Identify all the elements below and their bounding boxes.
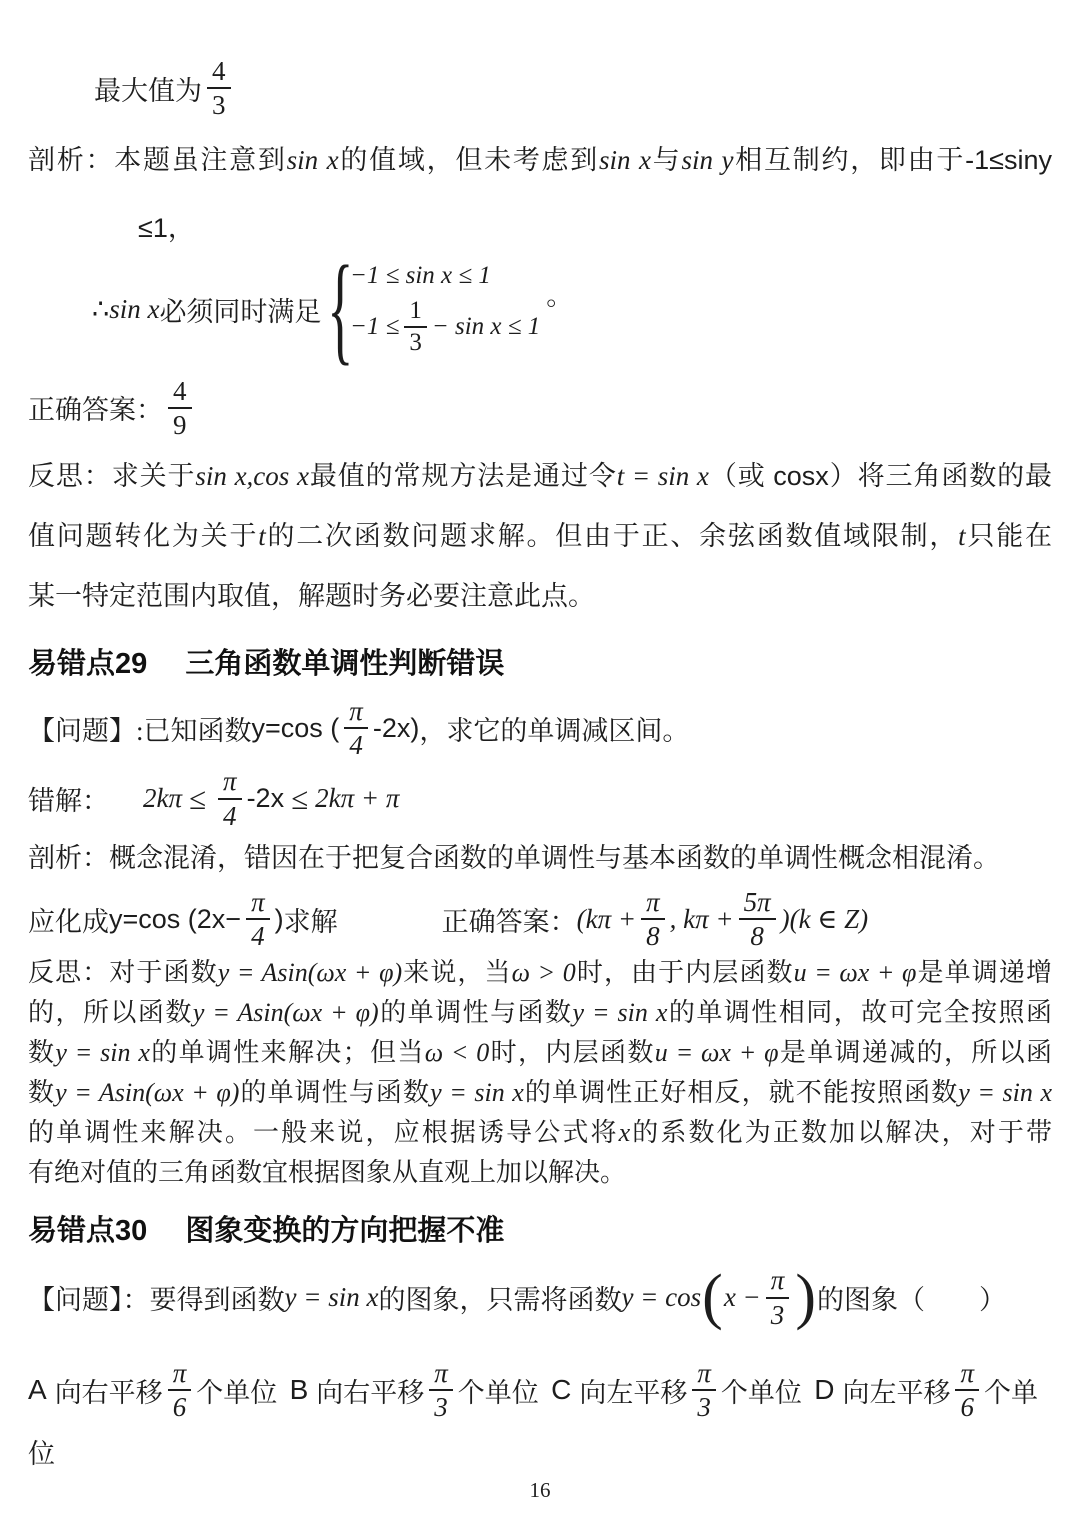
text-run: 【问题】:已知函数 — [28, 709, 252, 748]
math-run: -1≤siny — [965, 145, 1052, 175]
max-value-line: 最大值为 4 3 — [94, 56, 1052, 120]
math-run: y = Asin(ωx + φ) — [218, 958, 402, 987]
text-run: 某一特定范围内取值，解题时务必要注意此点。 — [28, 581, 595, 611]
text-run: 应化成 — [28, 900, 109, 939]
section-heading-29: 易错点29 三角函数单调性判断错误 — [28, 644, 1052, 684]
fraction-denominator: 6 — [173, 1391, 187, 1422]
cases-group: { −1 ≤ sin x ≤ 1 −1 ≤ 1 3 − sin x ≤ 1 — [329, 259, 540, 359]
math-run: y = sin x — [573, 998, 668, 1027]
text-run: 的单调性与函数 — [379, 998, 573, 1027]
fraction-denominator: 3 — [409, 328, 422, 357]
fraction-denominator: 3 — [434, 1391, 448, 1422]
math-run: sin x,cos x — [195, 461, 309, 491]
text-run: 只能在 — [966, 521, 1052, 551]
text-run: 位 — [28, 1439, 55, 1469]
text-run: 相互制约，即由于 — [734, 145, 966, 175]
condition-2: −1 ≤ 1 3 − sin x ≤ 1 — [350, 297, 540, 357]
math-run: t — [958, 521, 966, 551]
heading-label: 易错点29 — [28, 648, 147, 680]
text-run: 最大值为 — [94, 69, 202, 108]
fraction-denominator: 8 — [646, 920, 660, 951]
fraction: π 4 — [344, 696, 368, 760]
text-run: 最值的常规方法是通过令 — [309, 461, 617, 491]
math-run: x — [619, 1118, 631, 1147]
text-run: 个单位 — [721, 1371, 802, 1410]
option-label: B — [290, 1374, 309, 1406]
math-run: y = sin x — [430, 1078, 524, 1107]
math-run: u = ωx + φ — [794, 958, 917, 987]
math-run: (kπ + — [577, 904, 636, 935]
fraction-numerator: π — [429, 1358, 453, 1391]
heading-title: 图象变换的方向把握不准 — [185, 1215, 504, 1247]
analysis-paragraph-1: 剖析：本题虽注意到sin x的值域，但未考虑到sin x与sin y相互制约，即… — [28, 140, 1052, 180]
fraction-denominator: 3 — [212, 89, 226, 120]
fraction-numerator: π — [344, 696, 368, 729]
fraction-numerator: 4 — [207, 56, 231, 89]
text-run: 反思：求关于 — [28, 461, 195, 491]
paragraph-line: 某一特定范围内取值，解题时务必要注意此点。 — [28, 566, 1052, 626]
math-run: )(k ∈ Z) — [781, 904, 868, 935]
text-run: 个单位 — [458, 1371, 539, 1410]
paragraph-line: 的单调性来解决。一般来说，应根据诱导公式将x的系数化为正数加以解决，对于带 — [28, 1113, 1052, 1153]
fraction: 4 3 — [207, 56, 231, 120]
math-run: sin x — [109, 294, 159, 325]
option-b: B 向右平移 π 3 个单位 — [290, 1358, 539, 1422]
cases-conditions: −1 ≤ sin x ≤ 1 −1 ≤ 1 3 − sin x ≤ 1 — [350, 262, 540, 357]
cases-formula-line: ∴ sin x 必须同时满足 { −1 ≤ sin x ≤ 1 −1 ≤ 1 3… — [92, 259, 1052, 359]
section-heading-30: 易错点30 图象变换的方向把握不准 — [28, 1211, 1052, 1251]
paragraph-line: 反思：对于函数y = Asin(ωx + φ)来说，当ω > 0时，由于内层函数… — [28, 953, 1052, 993]
text-run: 是单调递增 — [916, 958, 1052, 987]
big-paren-right: ) — [795, 1270, 816, 1326]
text-run: 向左平移 — [842, 1371, 950, 1410]
fraction-numerator: π — [641, 887, 665, 920]
text-run: 的，所以函数 — [28, 998, 193, 1027]
text-run: 的单调性来解决。一般来说，应根据诱导公式将 — [28, 1118, 619, 1147]
text-run: 错解： — [28, 779, 109, 818]
text-run: 正确答案： — [442, 900, 577, 939]
fraction-numerator: π — [218, 766, 242, 799]
fraction: π 4 — [246, 887, 270, 951]
fraction: π 6 — [168, 1358, 192, 1422]
math-run: y = Asin(ωx + φ) — [193, 998, 379, 1027]
fraction: π 4 — [218, 766, 242, 830]
text-run: ≤1， — [138, 213, 195, 243]
fraction: 5π 8 — [739, 887, 776, 951]
reflection-paragraph-2: 反思：对于函数y = Asin(ωx + φ)来说，当ω > 0时，由于内层函数… — [28, 953, 1052, 1193]
math-run: y=cos (2x− — [109, 904, 241, 935]
fraction-denominator: 4 — [223, 800, 237, 831]
fraction-denominator: 3 — [771, 1299, 785, 1330]
fraction-denominator: 3 — [697, 1391, 711, 1422]
text-run: 向左平移 — [579, 1371, 687, 1410]
cases-brace: { — [328, 259, 354, 359]
text-run: 来说，当 — [402, 958, 512, 987]
text-run: 的单调性来解决；但当 — [150, 1038, 425, 1067]
therefore-symbol: ∴ — [92, 294, 109, 325]
option-label: A — [28, 1374, 47, 1406]
problem-line-30: 【问题】：要得到函数 y = sin x 的图象，只需将函数 y = cos (… — [28, 1265, 1052, 1329]
reflection-paragraph-1: 反思：求关于sin x,cos x最值的常规方法是通过令t = sin x（或 … — [28, 446, 1052, 626]
text-run: 个单 — [984, 1371, 1038, 1410]
leq-symbol: ≤ — [291, 781, 308, 817]
math-run: u = ωx + φ — [655, 1038, 779, 1067]
text-run: 剖析：本题虽注意到 — [28, 145, 287, 175]
math-run: t = sin x — [617, 461, 709, 491]
text-run: 反思：对于函数 — [28, 958, 218, 987]
text-run: 求解 — [284, 900, 338, 939]
page-number: 16 — [0, 1478, 1080, 1503]
text-run: 的图象（ ） — [817, 1278, 1006, 1317]
wrong-solution-line: 错解： 2kπ ≤ π 4 -2x ≤ 2kπ + π — [28, 766, 1052, 830]
options-row: A 向右平移 π 6 个单位 B 向右平移 π 3 个单位 C 向左平移 π 3… — [28, 1358, 1052, 1422]
text-run: 向右平移 — [316, 1371, 424, 1410]
math-run: ω < 0 — [425, 1038, 490, 1067]
option-d: D 向左平移 π 6 个单 — [814, 1358, 1038, 1422]
text-run: ）将三角函数的最 — [829, 461, 1052, 491]
fraction: π 6 — [955, 1358, 979, 1422]
analysis-paragraph-2: 剖析：概念混淆，错因在于把复合函数的单调性与基本函数的单调性概念相混淆。 — [28, 839, 1052, 877]
math-run: sin x — [599, 145, 651, 175]
text-run: 向右平移 — [55, 1371, 163, 1410]
text-run: 【问题】：要得到函数 — [28, 1278, 285, 1317]
text-run: 的单调性正好相反，就不能按照函数 — [524, 1078, 958, 1107]
text-run: （或 — [709, 461, 773, 491]
fraction: 1 3 — [404, 297, 427, 357]
option-label: C — [551, 1374, 571, 1406]
option-a: A 向右平移 π 6 个单位 — [28, 1358, 277, 1422]
correct-answer-line-1: 正确答案： 4 9 — [28, 376, 1052, 440]
fraction-denominator: 4 — [349, 729, 363, 760]
math-run: t — [258, 521, 266, 551]
fraction-numerator: 4 — [168, 376, 192, 409]
math-run: ω > 0 — [512, 958, 576, 987]
text-run: 值问题转化为关于 — [28, 521, 258, 551]
fraction: π 3 — [692, 1358, 716, 1422]
correct-answer-line-2: 应化成 y=cos (2x− π 4 ) 求解 正确答案： (kπ + π 8 … — [28, 887, 1052, 951]
heading-title: 三角函数单调性判断错误 — [185, 648, 504, 680]
paragraph-line: 数y = Asin(ωx + φ)的单调性与函数y = sin x的单调性正好相… — [28, 1073, 1052, 1113]
text-run: 的单调性相同，故可完全按照函 — [667, 998, 1052, 1027]
paragraph-line: 数y = sin x的单调性来解决；但当ω < 0时，内层函数u = ωx + … — [28, 1033, 1052, 1073]
option-d-wrap-line: 位 — [28, 1432, 1052, 1471]
math-run: y = Asin(ωx + φ) — [55, 1078, 239, 1107]
text-run: 是单调递减的，所以函 — [779, 1038, 1052, 1067]
text-run: 的图象，只需将函数 — [378, 1278, 621, 1317]
fraction-numerator: π — [246, 887, 270, 920]
text-run: 有绝对值的三角函数宜根据图象从直观上加以解决。 — [28, 1158, 626, 1187]
text-run: 数 — [28, 1078, 55, 1107]
condition-1: −1 ≤ sin x ≤ 1 — [350, 262, 540, 290]
big-paren-left: ( — [702, 1270, 723, 1326]
option-c: C 向左平移 π 3 个单位 — [551, 1358, 802, 1422]
math-run: y = sin x — [958, 1078, 1052, 1107]
text-run: 数 — [28, 1038, 55, 1067]
fraction-numerator: π — [692, 1358, 716, 1391]
math-run: −1 ≤ — [350, 313, 399, 341]
problem-line-29: 【问题】:已知函数 y=cos ( π 4 -2x) ，求它的单调减区间。 — [28, 696, 1052, 760]
paragraph-line: 有绝对值的三角函数宜根据图象从直观上加以解决。 — [28, 1153, 1052, 1193]
fraction-numerator: π — [955, 1358, 979, 1391]
paragraph-line: 反思：求关于sin x,cos x最值的常规方法是通过令t = sin x（或 … — [28, 446, 1052, 506]
leq-symbol: ≤ — [189, 781, 206, 817]
math-run: 2kπ — [143, 783, 182, 814]
fraction-denominator: 9 — [173, 409, 187, 440]
math-run: y = cos — [621, 1282, 701, 1313]
heading-label: 易错点30 — [28, 1215, 147, 1247]
math-run: y = sin x — [55, 1038, 150, 1067]
sentence-period: 。 — [546, 274, 573, 313]
fraction-denominator: 8 — [750, 920, 764, 951]
text-run: 必须同时满足 — [159, 290, 321, 329]
option-label: D — [814, 1374, 834, 1406]
fraction-numerator: 1 — [404, 297, 427, 328]
fraction-numerator: π — [168, 1358, 192, 1391]
document-page: 最大值为 4 3 剖析：本题虽注意到sin x的值域，但未考虑到sin x与si… — [0, 0, 1080, 1532]
math-run: y=cos ( — [252, 713, 340, 744]
math-run: x − — [724, 1282, 761, 1313]
math-run: 2kπ + π — [315, 783, 399, 814]
text-run: 时，内层函数 — [489, 1038, 654, 1067]
math-run: -2x — [247, 783, 285, 814]
math-run: cosx — [773, 461, 829, 491]
text-run: 个单位 — [196, 1371, 277, 1410]
text-run: 的二次函数问题求解。但由于正、余弦函数值域限制， — [266, 521, 958, 551]
math-run: y = sin x — [285, 1282, 379, 1313]
text-run: 时，由于内层函数 — [576, 958, 794, 987]
math-run: -2x) — [373, 713, 420, 744]
text-run: 正确答案： — [28, 388, 163, 427]
fraction: π 8 — [641, 887, 665, 951]
math-run: sin y — [682, 145, 734, 175]
text-run: 剖析：概念混淆，错因在于把复合函数的单调性与基本函数的单调性概念相混淆。 — [28, 843, 1000, 873]
math-run: , kπ + — [670, 904, 734, 935]
fraction-numerator: 5π — [739, 887, 776, 920]
text-run: ，求它的单调减区间。 — [419, 709, 689, 748]
text-run: 与 — [651, 145, 681, 175]
fraction-denominator: 4 — [251, 920, 265, 951]
text-run: 的值域，但未考虑到 — [339, 145, 599, 175]
analysis-continuation-line: ≤1， — [138, 206, 1052, 245]
fraction: π 3 — [429, 1358, 453, 1422]
text-run: 的系数化为正数加以解决，对于带 — [630, 1118, 1052, 1147]
fraction: π 3 — [766, 1265, 790, 1329]
paragraph-line: 的，所以函数y = Asin(ωx + φ)的单调性与函数y = sin x的单… — [28, 993, 1052, 1033]
fraction-numerator: π — [766, 1265, 790, 1298]
fraction-denominator: 6 — [960, 1391, 974, 1422]
math-run: ) — [275, 904, 284, 935]
math-run: − sin x ≤ 1 — [432, 313, 540, 341]
fraction: 4 9 — [168, 376, 192, 440]
math-run: sin x — [287, 145, 339, 175]
paragraph-line: 值问题转化为关于t的二次函数问题求解。但由于正、余弦函数值域限制，t只能在 — [28, 506, 1052, 566]
text-run: 的单调性与函数 — [239, 1078, 430, 1107]
